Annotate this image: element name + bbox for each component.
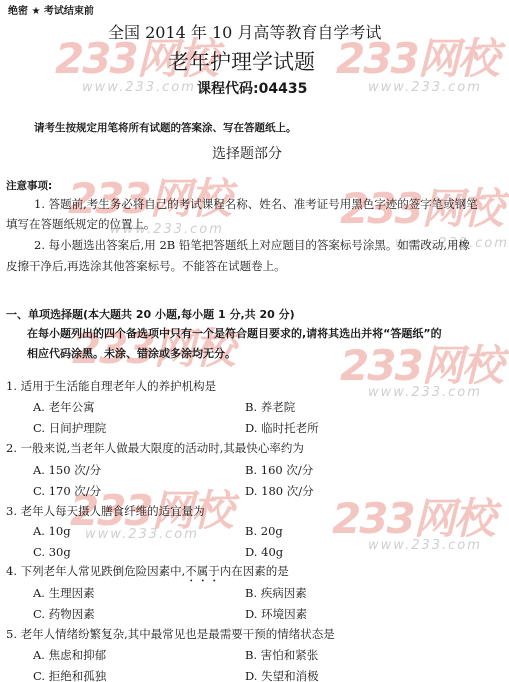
question-1-option-c[interactable]: C. 日间护理院 <box>33 420 106 436</box>
question-1-stem: 1. 适用于生活能自理老年人的养护机构是 <box>6 378 216 394</box>
question-2-option-d[interactable]: D. 180 次/分 <box>245 483 314 499</box>
watermark-url: www.233.com <box>368 538 482 553</box>
question-5-option-b[interactable]: B. 害怕和紧张 <box>245 647 318 663</box>
note-2-line1: 2. 每小题选出答案后,用 2B 铅笔把答题纸上对应题目的答案标号涂黑。如需改动… <box>34 237 470 253</box>
watermark-url: www.233.com <box>82 80 196 95</box>
question-3-option-c[interactable]: C. 30g <box>33 545 71 559</box>
question-3-option-d[interactable]: D. 40g <box>245 545 283 559</box>
question-5-option-c[interactable]: C. 拒绝和孤独 <box>33 668 106 682</box>
notes-heading: 注意事项: <box>6 178 52 193</box>
note-1-line2: 填写在答题纸规定的位置上。 <box>6 216 156 232</box>
question-2-stem: 2. 一般来说,当老年人做最大限度的活动时,其最快心率约为 <box>6 440 304 456</box>
question-1-option-b[interactable]: B. 养老院 <box>245 399 295 415</box>
instruction: 请考生按规定用笔将所有试题的答案涂、写在答题纸上。 <box>34 120 297 135</box>
part1-desc-line2: 相应代码涂黑。未涂、错涂或多涂均无分。 <box>27 345 236 361</box>
section-title: 选择题部分 <box>212 143 282 163</box>
question-2-option-b[interactable]: B. 160 次/分 <box>245 462 313 478</box>
question-4-option-a[interactable]: A. 生理因素 <box>33 585 95 601</box>
watermark-logo: 233网校 <box>332 498 494 540</box>
exam-line: 全国 2014 年 10 月高等教育自学考试 <box>108 20 381 43</box>
question-1-option-a[interactable]: A. 老年公寓 <box>33 399 95 415</box>
watermark-logo: 233网校 <box>336 38 498 80</box>
question-3-option-b[interactable]: B. 20g <box>245 524 283 538</box>
question-1-option-d[interactable]: D. 临时托老所 <box>245 420 319 436</box>
question-4-option-b[interactable]: B. 疾病因素 <box>245 585 307 601</box>
watermark-url: www.233.com <box>368 80 482 95</box>
question-2-option-a[interactable]: A. 150 次/分 <box>33 462 101 478</box>
question-5-option-d[interactable]: D. 失望和消极 <box>245 668 319 682</box>
confidential-label: 绝密 ★ 考试结束前 <box>8 2 94 17</box>
watermark-url: www.233.com <box>85 527 199 542</box>
page-title: 老年护理学试题 <box>168 46 315 76</box>
part1-desc-line1: 在每小题列出的四个备选项中只有一个是符合题目要求的,请将其选出并将“答题纸”的 <box>27 325 442 341</box>
watermark-url: www.233.com <box>368 385 482 400</box>
question-5-stem: 5. 老年人情绪纷繁复杂,其中最常见也是最需要干预的情绪状态是 <box>6 626 335 642</box>
question-4-stem-post: 内在因素的是 <box>220 564 289 578</box>
watermark-logo: 233网校 <box>340 345 502 387</box>
note-1-line1: 1. 答题前,考生务必将自己的考试课程名称、姓名、准考证号用黑色字迹的签字笔或钢… <box>34 196 478 212</box>
question-4-stem: 4. 下列老年人常见跌倒危险因素中,不属于内在因素的是 <box>6 563 289 585</box>
question-3-stem: 3. 老年人每天摄人膳食纤维的适宜量为 <box>6 503 205 519</box>
question-4-emphasis: 不属于 <box>185 564 220 578</box>
question-5-option-a[interactable]: A. 焦虑和抑郁 <box>33 647 106 663</box>
question-3-option-a[interactable]: A. 10g <box>33 524 71 538</box>
question-4-stem-pre: 4. 下列老年人常见跌倒危险因素中, <box>6 564 185 578</box>
course-code: 课程代码:04435 <box>197 78 307 98</box>
note-2-line2: 皮擦干净后,再选涂其他答案标号。不能答在试题卷上。 <box>6 258 286 274</box>
question-4-option-d[interactable]: D. 环境因素 <box>245 606 307 622</box>
question-4-option-c[interactable]: C. 药物因素 <box>33 606 95 622</box>
question-2-option-c[interactable]: C. 170 次/分 <box>33 483 101 499</box>
part1-heading: 一、单项选择题(本大题共 20 小题,每小题 1 分,共 20 分) <box>6 306 295 322</box>
